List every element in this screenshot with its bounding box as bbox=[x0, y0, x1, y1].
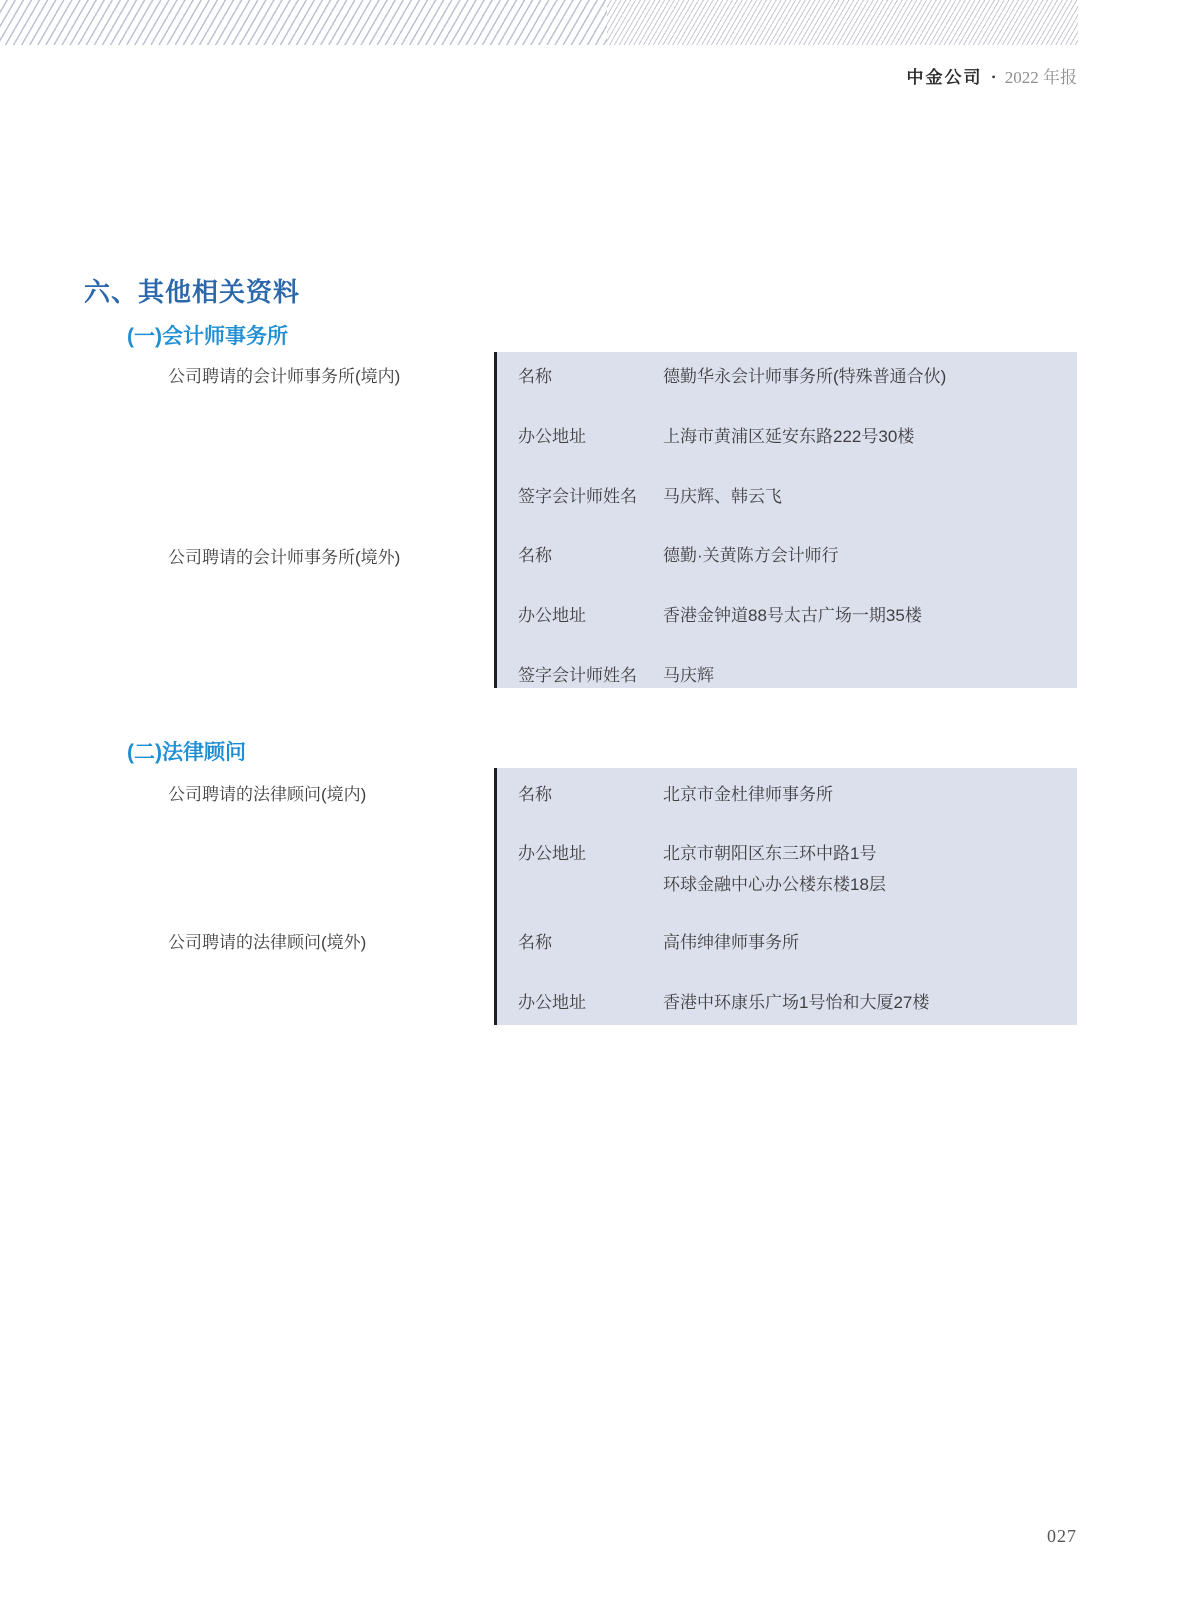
row-key: 签字会计师姓名 bbox=[518, 664, 663, 688]
row-value: 北京市朝阳区东三环中路1号 环球金融中心办公楼东楼18层 bbox=[663, 838, 1077, 900]
decorative-hatch-band-fine bbox=[607, 0, 1078, 45]
row-key: 办公地址 bbox=[518, 991, 663, 1015]
row-value: 香港金钟道88号太古广场一期35楼 bbox=[663, 604, 1077, 628]
row-key: 名称 bbox=[518, 931, 663, 955]
row-value: 北京市金杜律师事务所 bbox=[663, 783, 1077, 807]
table-row: 名称 德勤·关黄陈方会计师行 bbox=[497, 544, 1077, 568]
subsection-heading-legal-advisors: (二)法律顾问 bbox=[127, 736, 246, 766]
row-value: 马庆辉、韩云飞 bbox=[663, 485, 1077, 509]
group-label-accountant-overseas: 公司聘请的会计师事务所(境外) bbox=[168, 546, 400, 570]
group-label-accountant-domestic: 公司聘请的会计师事务所(境内) bbox=[168, 365, 400, 389]
table-row: 名称 德勤华永会计师事务所(特殊普通合伙) bbox=[497, 365, 1077, 389]
table-row: 签字会计师姓名 马庆辉、韩云飞 bbox=[497, 485, 1077, 509]
row-value: 马庆辉 bbox=[663, 664, 1077, 688]
row-value: 上海市黄浦区延安东路222号30楼 bbox=[663, 425, 1077, 449]
row-key: 名称 bbox=[518, 544, 663, 568]
row-value: 高伟绅律师事务所 bbox=[663, 931, 1077, 955]
row-key: 名称 bbox=[518, 783, 663, 807]
row-key: 签字会计师姓名 bbox=[518, 485, 663, 509]
table-row: 办公地址 北京市朝阳区东三环中路1号 环球金融中心办公楼东楼18层 bbox=[497, 838, 1077, 900]
table-row: 办公地址 上海市黄浦区延安东路222号30楼 bbox=[497, 425, 1077, 449]
table-row: 办公地址 香港金钟道88号太古广场一期35楼 bbox=[497, 604, 1077, 628]
legal-advisors-table: 名称 北京市金杜律师事务所 办公地址 北京市朝阳区东三环中路1号 环球金融中心办… bbox=[494, 768, 1077, 1025]
page-number: 027 bbox=[1047, 1526, 1077, 1547]
report-edition: 2022 年报 bbox=[1005, 68, 1077, 87]
row-value-line1: 北京市朝阳区东三环中路1号 bbox=[663, 838, 1067, 869]
row-key: 名称 bbox=[518, 365, 663, 389]
table-row: 签字会计师姓名 马庆辉 bbox=[497, 664, 1077, 688]
table-row: 名称 高伟绅律师事务所 bbox=[497, 931, 1077, 955]
header-bullet-icon: • bbox=[992, 70, 996, 84]
row-key: 办公地址 bbox=[518, 604, 663, 628]
row-value: 德勤·关黄陈方会计师行 bbox=[663, 544, 1077, 568]
table-row: 名称 北京市金杜律师事务所 bbox=[497, 783, 1077, 807]
row-value: 香港中环康乐广场1号怡和大厦27楼 bbox=[663, 991, 1077, 1015]
row-key: 办公地址 bbox=[518, 838, 663, 900]
running-header: 中金公司•2022 年报 bbox=[907, 63, 1077, 88]
row-value: 德勤华永会计师事务所(特殊普通合伙) bbox=[663, 365, 1077, 389]
decorative-hatch-band bbox=[0, 0, 1078, 45]
group-label-legal-domestic: 公司聘请的法律顾问(境内) bbox=[168, 783, 366, 807]
subsection-heading-accounting-firms: (一)会计师事务所 bbox=[127, 320, 288, 350]
annual-report-page: 中金公司•2022 年报 六、其他相关资料 (一)会计师事务所 公司聘请的会计师… bbox=[0, 0, 1190, 1615]
group-label-legal-overseas: 公司聘请的法律顾问(境外) bbox=[168, 931, 366, 955]
row-key: 办公地址 bbox=[518, 425, 663, 449]
company-name: 中金公司 bbox=[907, 68, 983, 87]
accounting-firms-table: 名称 德勤华永会计师事务所(特殊普通合伙) 办公地址 上海市黄浦区延安东路222… bbox=[494, 352, 1077, 688]
table-row: 办公地址 香港中环康乐广场1号怡和大厦27楼 bbox=[497, 991, 1077, 1015]
row-value-line2: 环球金融中心办公楼东楼18层 bbox=[663, 869, 1067, 900]
section-title: 六、其他相关资料 bbox=[84, 272, 300, 309]
